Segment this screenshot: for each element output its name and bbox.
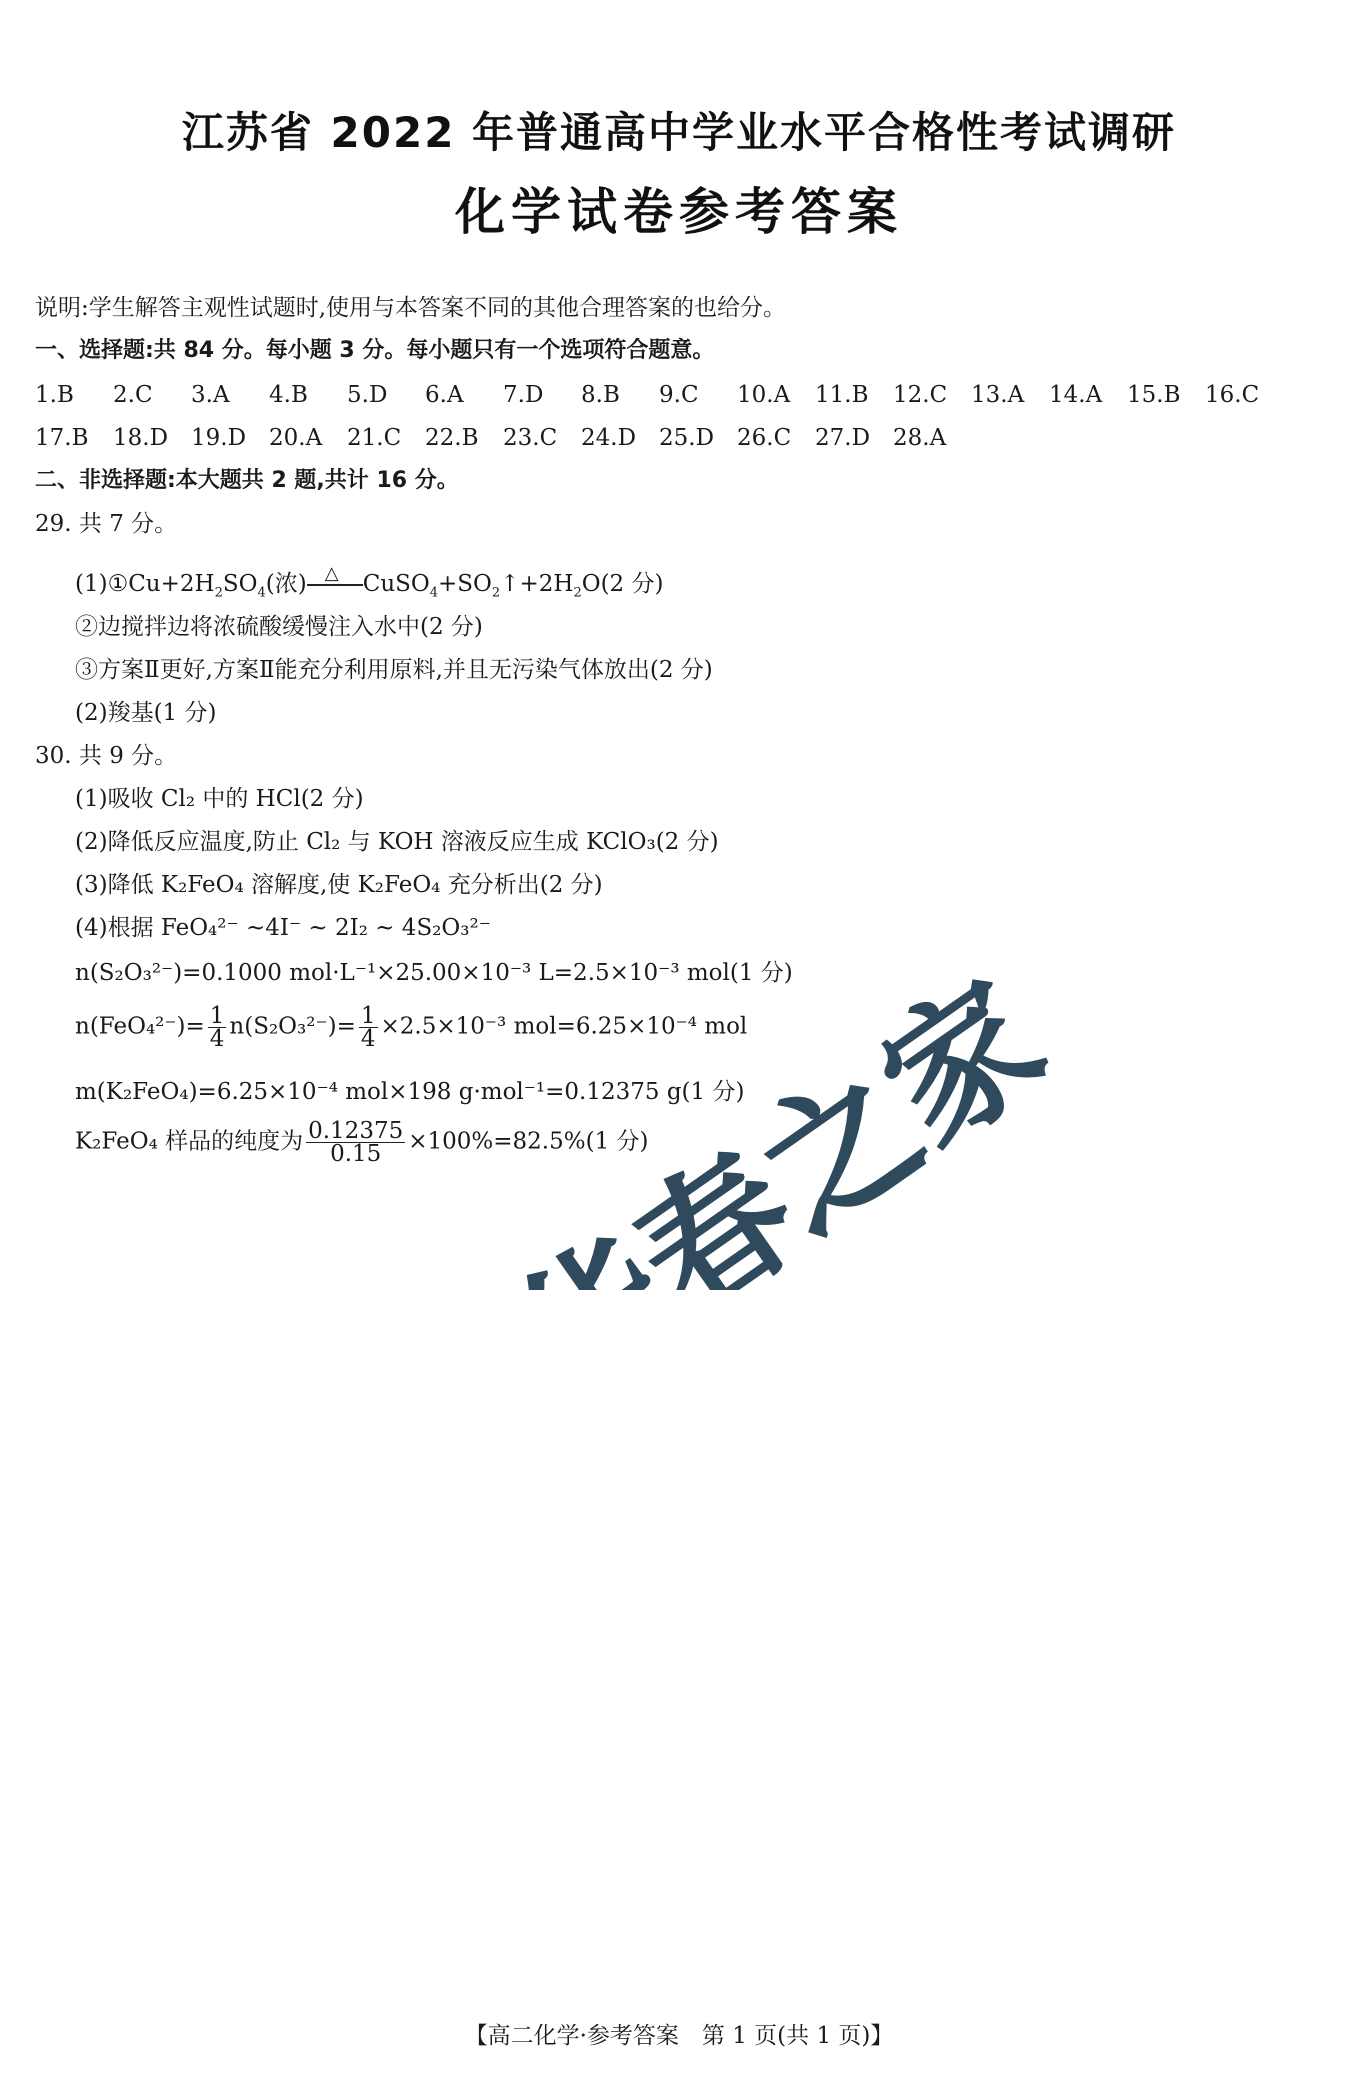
q30-calc-ferrate: n(FeO₄²⁻)=14n(S₂O₃²⁻)=14×2.5×10⁻³ mol=6.… xyxy=(75,1005,747,1050)
q29-part1-step3: ③方案Ⅱ更好,方案Ⅱ能充分利用原料,并且无污染气体放出(2 分) xyxy=(75,655,713,685)
answer-item: 18.D xyxy=(113,423,191,453)
answer-item: 23.C xyxy=(503,423,581,453)
answer-item: 17.B xyxy=(35,423,113,453)
q30-title: 30. 共 9 分。 xyxy=(35,741,177,771)
q29-part2: (2)羧基(1 分) xyxy=(75,698,216,728)
q29-title: 29. 共 7 分。 xyxy=(35,509,177,539)
grading-note: 说明:学生解答主观性试题时,使用与本答案不同的其他合理答案的也给分。 xyxy=(35,293,786,323)
answers-row-2: 17.B18.D19.D20.A21.C22.B23.C24.D25.D26.C… xyxy=(35,423,971,453)
answer-item: 15.B xyxy=(1127,380,1205,410)
fraction: 0.123750.15 xyxy=(306,1120,405,1165)
heat-condition-icon: △ xyxy=(307,575,363,595)
section1-heading: 一、选择题:共 84 分。每小题 3 分。每小题只有一个选项符合题意。 xyxy=(35,336,714,366)
answer-item: 24.D xyxy=(581,423,659,453)
q30-calc-mass: m(K₂FeO₄)=6.25×10⁻⁴ mol×198 g·mol⁻¹=0.12… xyxy=(75,1077,744,1107)
answer-item: 4.B xyxy=(269,380,347,410)
fraction: 14 xyxy=(208,1005,227,1050)
answer-item: 20.A xyxy=(269,423,347,453)
q30-calc-thiosulfate: n(S₂O₃²⁻)=0.1000 mol·L⁻¹×25.00×10⁻³ L=2.… xyxy=(75,958,793,988)
answers-row-1: 1.B2.C3.A4.B5.D6.A7.D8.B9.C10.A11.B12.C1… xyxy=(35,380,1283,410)
answer-item: 26.C xyxy=(737,423,815,453)
answer-item: 21.C xyxy=(347,423,425,453)
answer-item: 2.C xyxy=(113,380,191,410)
q30-part2: (2)降低反应温度,防止 Cl₂ 与 KOH 溶液反应生成 KClO₃(2 分) xyxy=(75,827,719,857)
answer-item: 10.A xyxy=(737,380,815,410)
q30-part4: (4)根据 FeO₄²⁻ ~4I⁻ ~ 2I₂ ~ 4S₂O₃²⁻ xyxy=(75,913,491,943)
answer-item: 25.D xyxy=(659,423,737,453)
answer-item: 19.D xyxy=(191,423,269,453)
answer-item: 6.A xyxy=(425,380,503,410)
q30-part1: (1)吸收 Cl₂ 中的 HCl(2 分) xyxy=(75,784,364,814)
answer-item: 8.B xyxy=(581,380,659,410)
answer-item: 3.A xyxy=(191,380,269,410)
answer-item: 12.C xyxy=(893,380,971,410)
answer-item: 14.A xyxy=(1049,380,1127,410)
answer-item: 7.D xyxy=(503,380,581,410)
page-footer: 【高二化学·参考答案 第 1 页(共 1 页)】 xyxy=(0,2017,1358,2050)
answer-item: 16.C xyxy=(1205,380,1283,410)
answer-item: 22.B xyxy=(425,423,503,453)
document-title: 江苏省 2022 年普通高中学业水平合格性考试调研 xyxy=(0,100,1358,160)
answer-item: 9.C xyxy=(659,380,737,410)
document-subtitle: 化学试卷参考答案 xyxy=(0,172,1358,244)
q29-part1-step2: ②边搅拌边将浓硫酸缓慢注入水中(2 分) xyxy=(75,612,483,642)
q29-part1-equation: (1)①Cu+2H2SO4(浓)△CuSO4+SO2↑+2H2O(2 分) xyxy=(75,569,663,609)
answer-item: 28.A xyxy=(893,423,971,453)
section2-heading: 二、非选择题:本大题共 2 题,共计 16 分。 xyxy=(35,466,459,496)
answer-item: 27.D xyxy=(815,423,893,453)
answer-item: 5.D xyxy=(347,380,425,410)
answer-item: 13.A xyxy=(971,380,1049,410)
fraction: 14 xyxy=(359,1005,378,1050)
q30-part3: (3)降低 K₂FeO₄ 溶解度,使 K₂FeO₄ 充分析出(2 分) xyxy=(75,870,603,900)
answer-item: 1.B xyxy=(35,380,113,410)
answer-item: 11.B xyxy=(815,380,893,410)
q30-calc-purity: K₂FeO₄ 样品的纯度为0.123750.15×100%=82.5%(1 分) xyxy=(75,1120,649,1165)
